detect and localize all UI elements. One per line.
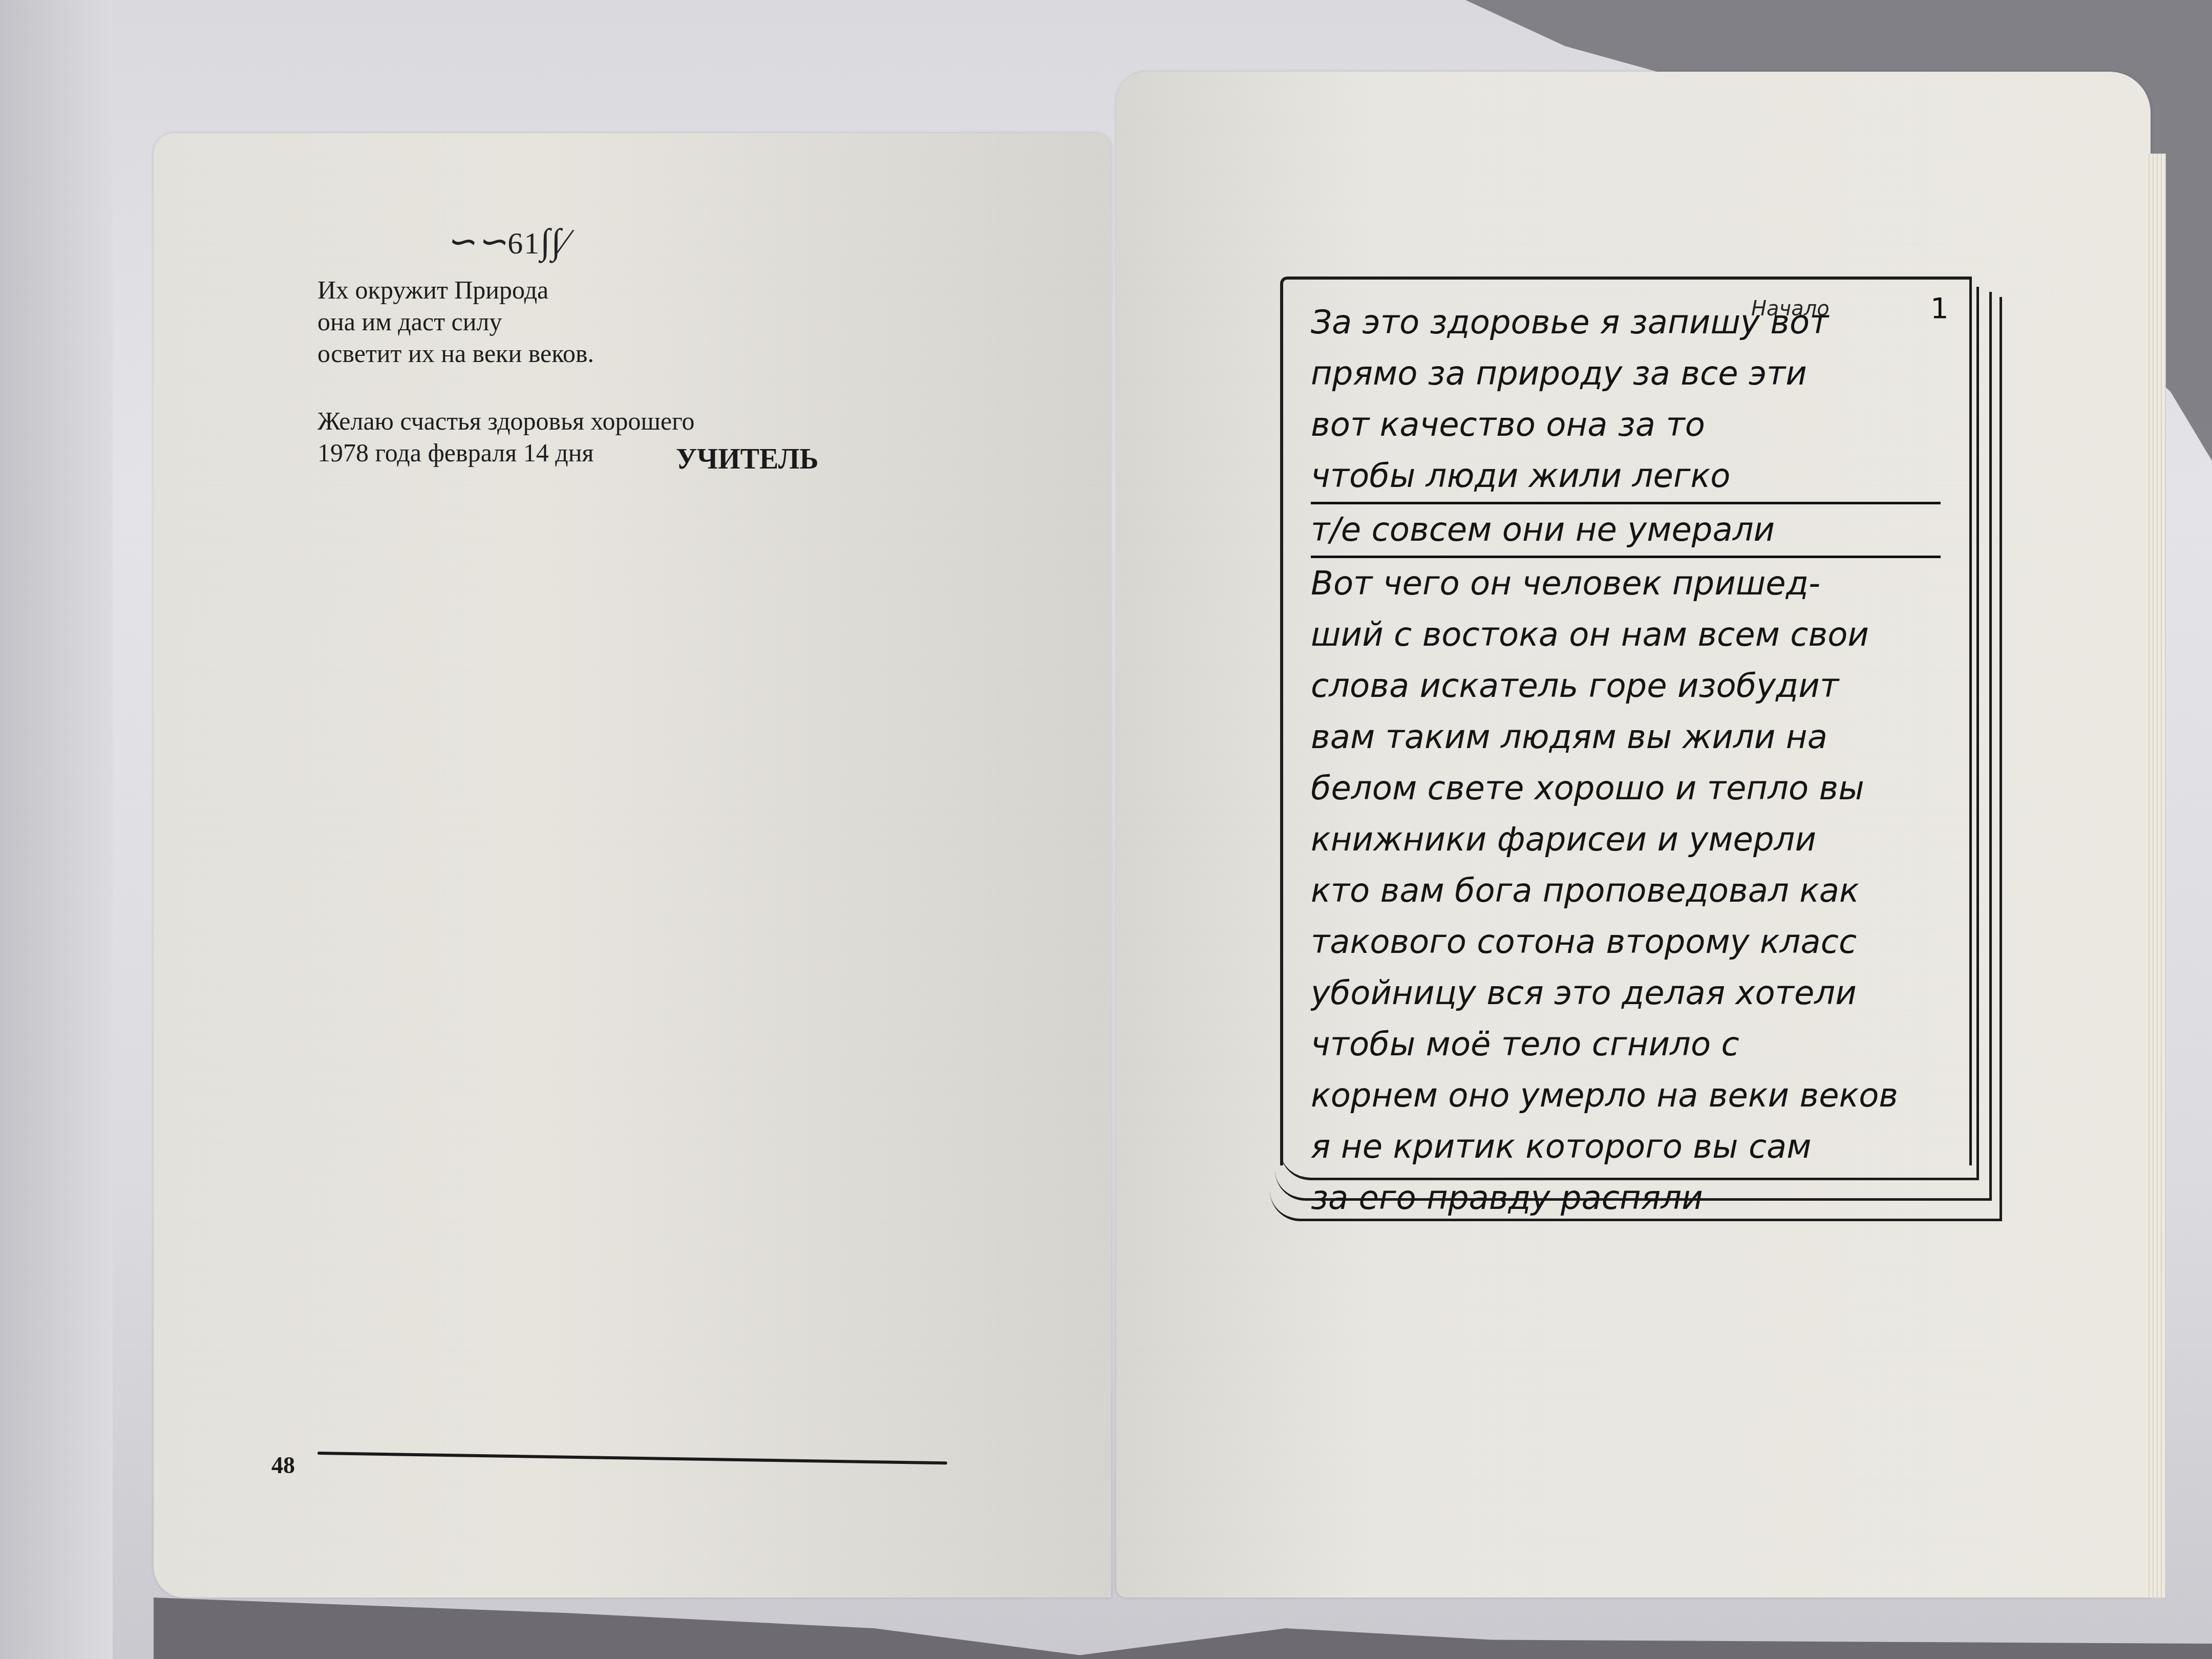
handwritten-line: книжники фарисеи и умерли — [1311, 814, 1941, 865]
handwritten-line: кто вам бога проповедовал как — [1311, 865, 1941, 917]
handwritten-line: я не критик которого вы сам — [1311, 1121, 1941, 1173]
handwritten-line: убойницу вся это делая хотели — [1311, 968, 1941, 1019]
background-shadow-left — [0, 0, 113, 1659]
handwritten-text: За это здоровье я запишу вот прямо за пр… — [1311, 297, 1941, 1224]
poem-block: Их окружит Природа она им даст силу осве… — [317, 274, 695, 469]
handwritten-line: корнем оно умерло на веки веков — [1311, 1070, 1941, 1121]
page-number-left: 48 — [271, 1452, 295, 1479]
handwritten-line: за его правду распяли — [1311, 1173, 1941, 1224]
ornament-number: 61 — [507, 226, 540, 260]
handwritten-line: чтобы люди жили легко — [1311, 451, 1941, 504]
page-edges — [2145, 154, 2166, 1598]
date-line: 1978 года февраля 14 дня — [317, 437, 695, 469]
handwritten-line: ший с востока он нам всем свои — [1311, 609, 1941, 661]
handwritten-line: вам таким людям вы жили на — [1311, 712, 1941, 763]
handwritten-line: чтобы моё тело сгнило с — [1311, 1019, 1941, 1070]
flourish-right-icon: ∫∫∕ — [540, 222, 569, 262]
handwritten-line: Вот чего он человек пришед- — [1311, 558, 1941, 609]
handwritten-line: т/е совсем они не умерали — [1311, 504, 1941, 558]
handwritten-line: За это здоровье я запишу вот — [1311, 297, 1941, 348]
poem-line: Их окружит Природа — [317, 274, 695, 306]
handwritten-line: прямо за природу за все эти — [1311, 348, 1941, 399]
ornament-header: ∽∽61∫∫∕ — [445, 220, 569, 263]
handwritten-line: слова искатель горе изобудит — [1311, 661, 1941, 712]
wish-line: Желаю счастья здоровья хорошего — [317, 405, 695, 437]
handwritten-line: вот качество она за то — [1311, 399, 1941, 451]
handwritten-line: белом свете хорошо и тепло вы — [1311, 763, 1941, 814]
signature: УЧИТЕЛЬ — [676, 443, 818, 476]
handwritten-line: такового сотона второму класс — [1311, 917, 1941, 968]
flourish-left-icon: ∽∽ — [445, 222, 507, 262]
poem-line: она им даст силу — [317, 306, 695, 337]
poem-line: осветит их на веки веков. — [317, 337, 695, 369]
